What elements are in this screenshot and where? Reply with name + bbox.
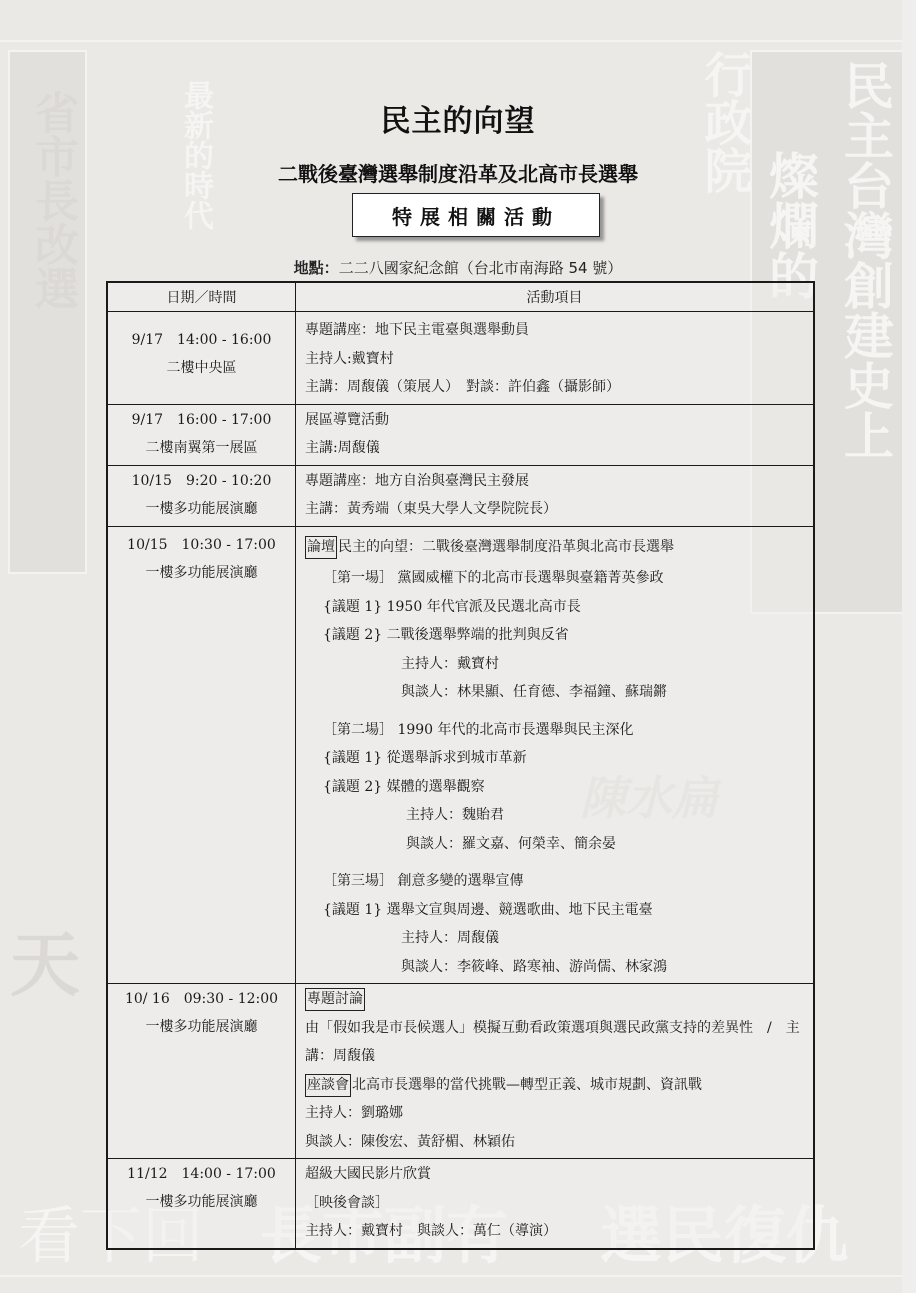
activity-line: 主講：周馥儀（策展人） 對談：許伯鑫（攝影師） — [305, 373, 805, 402]
seminar-title: 北高市長選舉的當代挑戰—轉型正義、城市規劃、資訊戰 — [352, 1077, 702, 1093]
session-panel: 與談人：羅文嘉、何榮幸、簡余晏 — [305, 830, 805, 859]
activity-cell: 專題討論 由「假如我是市長候選人」模擬互動看政策選項與選民政黨支持的差異性 / … — [296, 984, 815, 1159]
datetime-cell: 11/12 14:00 - 17:00 一樓多功能展演廳 — [107, 1159, 296, 1249]
session-title: ［第二場］ 1990 年代的北高市長選舉與民主深化 — [305, 716, 805, 745]
discussion-text: 由「假如我是市長候選人」模擬互動看政策選項與選民政黨支持的差異性 / 主講：周馥… — [305, 1014, 805, 1071]
forum-tag: 論壇 — [305, 536, 337, 559]
session-host: 主持人：周馥儀 — [305, 924, 805, 953]
activity-line: 專題講座：地下民主電臺與選舉動員 — [305, 316, 805, 345]
activity-cell: 超級大國民影片欣賞 ［映後會談］ 主持人：戴寶村 與談人：萬仁（導演） — [296, 1159, 815, 1249]
session-topic: {議題 1} 1950 年代官派及民選北高市長 — [305, 593, 805, 622]
activity-line: 主講:周馥儀 — [305, 434, 805, 463]
session-panel: 與談人：李筱峰、路寒袖、游尚儒、林家鴻 — [305, 953, 805, 982]
seminar-heading: 座談會北高市長選舉的當代挑戰—轉型正義、城市規劃、資訊戰 — [305, 1071, 805, 1100]
activity-line: 展區導覽活動 — [305, 406, 805, 435]
venue-value: 二二八國家紀念館（台北市南海路 54 號） — [339, 259, 623, 277]
table-header-row: 日期／時間 活動項目 — [107, 282, 814, 312]
forum-title: 民主的向望：二戰後臺灣選舉制度沿革與北高市長選舉 — [338, 539, 674, 555]
location: 一樓多功能展演廳 — [109, 495, 294, 523]
datetime: 10/15 10:30 - 17:00 — [109, 531, 294, 559]
activity-line: ［映後會談］ — [305, 1189, 805, 1218]
table-row: 10/ 16 09:30 - 12:00 一樓多功能展演廳 專題討論 由「假如我… — [107, 984, 814, 1159]
datetime: 10/15 9:20 - 10:20 — [109, 467, 294, 495]
activity-line: 主講：黃秀端（東吳大學人文學院院長） — [305, 495, 805, 524]
table-row: 11/12 14:00 - 17:00 一樓多功能展演廳 超級大國民影片欣賞 ［… — [107, 1159, 814, 1249]
location: 一樓多功能展演廳 — [109, 559, 294, 587]
table-row: 9/17 16:00 - 17:00 二樓南翼第一展區 展區導覽活動 主講:周馥… — [107, 404, 814, 465]
session-topic: {議題 2} 媒體的選舉觀察 — [305, 773, 805, 802]
datetime: 11/12 14:00 - 17:00 — [109, 1160, 294, 1188]
session-host: 主持人：魏貽君 — [305, 801, 805, 830]
activity-cell: 展區導覽活動 主講:周馥儀 — [296, 404, 815, 465]
page-title: 民主的向望 — [0, 96, 916, 140]
location: 一樓多功能展演廳 — [109, 1013, 294, 1041]
page-subtitle: 二戰後臺灣選舉制度沿革及北高市長選舉 — [0, 158, 916, 187]
location: 一樓多功能展演廳 — [109, 1188, 294, 1216]
activity-cell: 專題講座：地方自治與臺灣民主發展 主講：黃秀端（東吳大學人文學院院長） — [296, 465, 815, 526]
session-topic: {議題 1} 選舉文宣與周邊、競選歌曲、地下民主電臺 — [305, 896, 805, 925]
seminar-panel: 與談人：陳俊宏、黃舒楣、林穎佑 — [305, 1128, 805, 1157]
session-host: 主持人：戴寶村 — [305, 650, 805, 679]
table-row: 10/15 9:20 - 10:20 一樓多功能展演廳 專題講座：地方自治與臺灣… — [107, 465, 814, 526]
column-header-datetime: 日期／時間 — [107, 282, 296, 312]
table-row: 9/17 14:00 - 16:00 二樓中央區 專題講座：地下民主電臺與選舉動… — [107, 312, 814, 405]
datetime-cell: 10/15 9:20 - 10:20 一樓多功能展演廳 — [107, 465, 296, 526]
session-title: ［第一場］ 黨國威權下的北高市長選舉與臺籍菁英參政 — [305, 564, 805, 593]
activity-line: 主持人：戴寶村 與談人：萬仁（導演） — [305, 1217, 805, 1246]
datetime: 9/17 14:00 - 16:00 — [109, 326, 294, 354]
venue-label: 地點： — [294, 259, 339, 277]
datetime-cell: 9/17 16:00 - 17:00 二樓南翼第一展區 — [107, 404, 296, 465]
forum-heading: 論壇民主的向望：二戰後臺灣選舉制度沿革與北高市長選舉 — [305, 533, 805, 562]
activity-line: 專題講座：地方自治與臺灣民主發展 — [305, 467, 805, 496]
session-title: ［第三場］ 創意多變的選舉宣傳 — [305, 867, 805, 896]
bg-text: 天 — [10, 930, 80, 1000]
activity-cell: 論壇民主的向望：二戰後臺灣選舉制度沿革與北高市長選舉 ［第一場］ 黨國威權下的北… — [296, 526, 815, 984]
location: 二樓南翼第一展區 — [109, 434, 294, 462]
table-row: 10/15 10:30 - 17:00 一樓多功能展演廳 論壇民主的向望：二戰後… — [107, 526, 814, 984]
datetime: 10/ 16 09:30 - 12:00 — [109, 985, 294, 1013]
schedule-table: 日期／時間 活動項目 9/17 14:00 - 16:00 二樓中央區 專題講座… — [106, 281, 815, 1250]
session-topic: {議題 2} 二戰後選舉弊端的批判與反省 — [305, 621, 805, 650]
activity-cell: 專題講座：地下民主電臺與選舉動員 主持人:戴寶村 主講：周馥儀（策展人） 對談：… — [296, 312, 815, 405]
session-topic: {議題 1} 從選舉訴求到城市革新 — [305, 744, 805, 773]
column-header-activity: 活動項目 — [296, 282, 815, 312]
datetime-cell: 9/17 14:00 - 16:00 二樓中央區 — [107, 312, 296, 405]
venue-line: 地點：二二八國家紀念館（台北市南海路 54 號） — [0, 257, 916, 278]
location: 二樓中央區 — [109, 354, 294, 382]
datetime-cell: 10/ 16 09:30 - 12:00 一樓多功能展演廳 — [107, 984, 296, 1159]
activity-line: 主持人:戴寶村 — [305, 345, 805, 374]
activity-line: 超級大國民影片欣賞 — [305, 1160, 805, 1189]
discussion-tag: 專題討論 — [305, 988, 365, 1011]
datetime-cell: 10/15 10:30 - 17:00 一樓多功能展演廳 — [107, 526, 296, 984]
session-panel: 與談人：林果顯、任育德、李福鐘、蘇瑞鏘 — [305, 678, 805, 707]
section-badge: 特展相關活動 — [352, 193, 600, 237]
seminar-host: 主持人：劉璐娜 — [305, 1099, 805, 1128]
seminar-tag: 座談會 — [305, 1074, 351, 1097]
datetime: 9/17 16:00 - 17:00 — [109, 406, 294, 434]
discussion-heading: 專題討論 — [305, 985, 805, 1014]
